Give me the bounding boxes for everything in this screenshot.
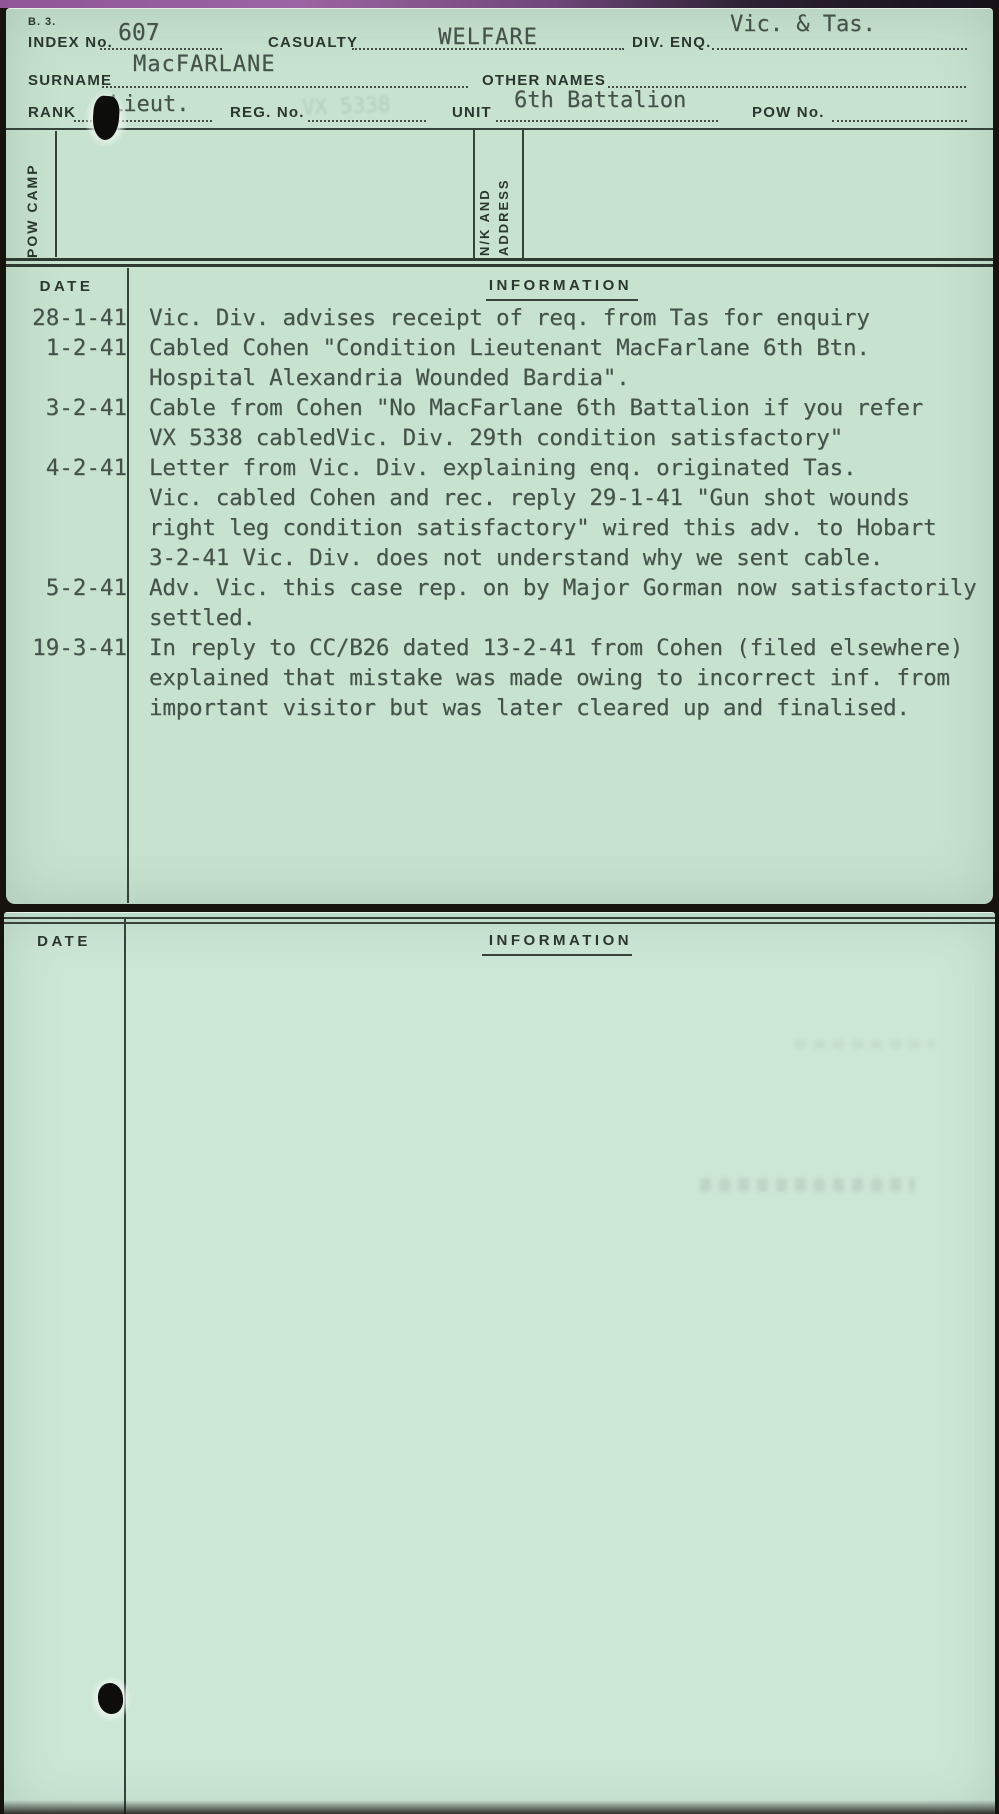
reg-no-label: REG. No.	[230, 104, 305, 121]
scan-bottom-edge	[0, 1800, 999, 1814]
index-no-field-line	[100, 48, 222, 50]
pow-camp-divider	[55, 131, 57, 257]
pow-camp-label: POW CAMP	[24, 140, 40, 258]
table-row: 28-1-41 Vic. Div. advises receipt of req…	[6, 303, 993, 333]
unit-label: UNIT	[452, 104, 492, 121]
surname-value: MacFARLANE	[133, 52, 275, 77]
entry-date: 19-3-41	[6, 633, 141, 723]
rank-label: RANK	[28, 104, 76, 121]
card2-information-header-underline	[482, 954, 632, 956]
entry-line: Cable from Cohen "No MacFarlane 6th Batt…	[149, 393, 923, 423]
entry-line: Vic. cabled Cohen and rec. reply 29-1-41…	[149, 483, 936, 513]
table-row: 19-3-41 In reply to CC/B26 dated 13-2-41…	[6, 633, 993, 723]
table-row: 5-2-41 Adv. Vic. this case rep. on by Ma…	[6, 573, 993, 633]
reg-no-field-line	[308, 120, 426, 122]
scanned-index-card-page: B. 3. INDEX No. 607 CASUALTY WELFARE DIV…	[0, 0, 999, 1814]
card2-top-rule-upper	[4, 917, 995, 919]
pow-section-top-rule	[6, 128, 993, 130]
surname-label: SURNAME	[28, 72, 112, 89]
scan-top-edge	[0, 0, 999, 8]
other-names-label: OTHER NAMES	[482, 72, 606, 89]
entry-line: Hospital Alexandria Wounded Bardia".	[149, 363, 870, 393]
card2-information-header: INFORMATION	[126, 932, 995, 949]
entry-line: explained that mistake was made owing to…	[149, 663, 963, 693]
unit-field-line	[496, 120, 718, 122]
card2-date-column-divider	[124, 919, 126, 1814]
index-no-value: 607	[118, 20, 160, 46]
information-entries: 28-1-41 Vic. Div. advises receipt of req…	[6, 303, 993, 723]
pow-no-field-line	[832, 120, 967, 122]
casualty-value: WELFARE	[352, 25, 624, 50]
card2-date-header: DATE	[4, 933, 124, 950]
section-rule-upper	[6, 258, 993, 261]
entry-date: 1-2-41	[6, 333, 141, 393]
ghost-mark	[700, 1178, 915, 1192]
entry-date: 4-2-41	[6, 453, 141, 573]
entry-line: Letter from Vic. Div. explaining enq. or…	[149, 453, 936, 483]
entry-line: Adv. Vic. this case rep. on by Major Gor…	[149, 573, 976, 603]
entry-date: 3-2-41	[6, 393, 141, 453]
pow-no-label: POW No.	[752, 104, 825, 121]
nk-address-label-line1: N/K AND	[477, 146, 492, 256]
div-enq-value: Vic. & Tas.	[730, 12, 876, 37]
information-header: INFORMATION	[128, 277, 993, 294]
nk-address-label-line2: ADDRESS	[496, 146, 511, 256]
entry-line: VX 5338 cabledVic. Div. 29th condition s…	[149, 423, 923, 453]
table-row: 4-2-41 Letter from Vic. Div. explaining …	[6, 453, 993, 573]
nk-cell-right-border	[522, 128, 524, 258]
table-row: 3-2-41 Cable from Cohen "No MacFarlane 6…	[6, 393, 993, 453]
card2-top-rule-lower	[4, 922, 995, 924]
div-enq-field-line	[712, 48, 967, 50]
form-code: B. 3.	[28, 16, 56, 28]
entry-line: important visitor but was later cleared …	[149, 693, 963, 723]
casualty-label: CASUALTY	[268, 34, 358, 51]
entry-line: settled.	[149, 603, 976, 633]
unit-value: 6th Battalion	[514, 88, 686, 113]
surname-field-line	[102, 86, 468, 88]
information-header-underline	[486, 299, 638, 301]
entry-date: 5-2-41	[6, 573, 141, 633]
entry-line: In reply to CC/B26 dated 13-2-41 from Co…	[149, 633, 963, 663]
section-rule-lower	[6, 264, 993, 267]
entry-line: Cabled Cohen "Condition Lieutenant MacFa…	[149, 333, 870, 363]
entry-line: 3-2-41 Vic. Div. does not understand why…	[149, 543, 936, 573]
date-header: DATE	[6, 278, 127, 295]
entry-line: Vic. Div. advises receipt of req. from T…	[149, 303, 870, 333]
entry-date: 28-1-41	[6, 303, 141, 333]
entry-line: right leg condition satisfactory" wired …	[149, 513, 936, 543]
div-enq-label: DIV. ENQ.	[632, 34, 711, 51]
ghost-mark	[795, 1040, 935, 1049]
reg-no-ghost-value: VX 5338	[302, 92, 391, 119]
table-row: 1-2-41 Cabled Cohen "Condition Lieutenan…	[6, 333, 993, 393]
nk-cell-left-border	[473, 128, 475, 258]
